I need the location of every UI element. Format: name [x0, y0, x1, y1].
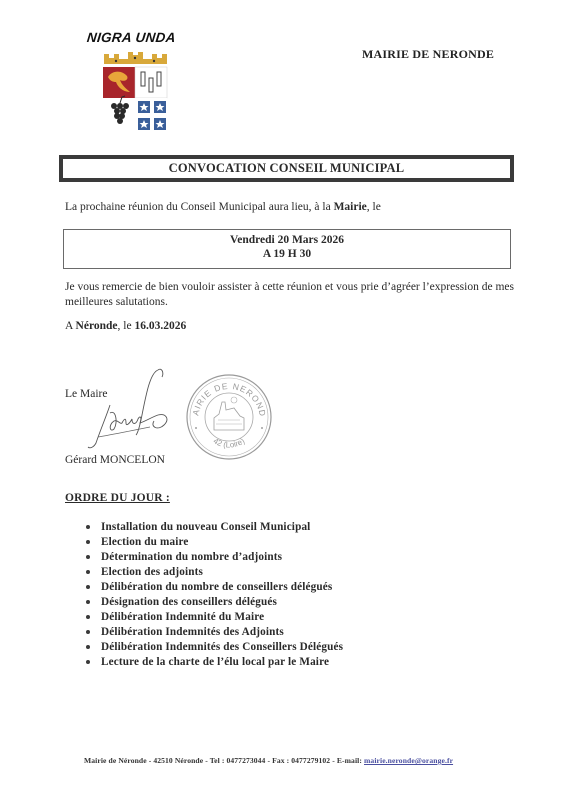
- bullet-icon: [86, 570, 90, 574]
- mayor-name: Gérard MONCELON: [65, 454, 165, 466]
- bullet-icon: [86, 645, 90, 649]
- agenda-item: Election du maire: [84, 535, 343, 550]
- agenda-item-text: Délibération du nombre de conseillers dé…: [101, 581, 332, 593]
- place-date: A Néronde, le 16.03.2026: [65, 320, 186, 332]
- bullet-icon: [86, 600, 90, 604]
- intro-place: Mairie: [334, 201, 367, 213]
- agenda-item-text: Délibération Indemnités des Adjoints: [101, 626, 284, 638]
- agenda-item: Délibération Indemnités des Adjoints: [84, 625, 343, 640]
- agenda-item-text: Désignation des conseillers délégués: [101, 596, 277, 608]
- meeting-date-box: Vendredi 20 Mars 2026 A 19 H 30: [63, 229, 511, 269]
- agenda-list: Installation du nouveau Conseil Municipa…: [84, 520, 343, 670]
- agenda-item: Installation du nouveau Conseil Municipa…: [84, 520, 343, 535]
- svg-text:42 (Loire): 42 (Loire): [212, 436, 247, 449]
- bullet-icon: [86, 615, 90, 619]
- agenda-item-text: Election du maire: [101, 536, 189, 548]
- place-middle: , le: [118, 320, 135, 332]
- footer-text: Mairie de Néronde - 42510 Néronde - Tel …: [84, 756, 364, 765]
- agenda-item: Délibération du nombre de conseillers dé…: [84, 580, 343, 595]
- agenda-item: Délibération Indemnités des Conseillers …: [84, 640, 343, 655]
- issue-date: 16.03.2026: [134, 320, 186, 332]
- agenda-item: Election des adjoints: [84, 565, 343, 580]
- town-motto: NIGRA UNDA: [86, 30, 188, 45]
- bullet-icon: [86, 660, 90, 664]
- town-header: MAIRIE DE NERONDE: [362, 47, 494, 62]
- bullet-icon: [86, 555, 90, 559]
- intro-text: La prochaine réunion du Conseil Municipa…: [65, 201, 381, 213]
- bullet-icon: [86, 630, 90, 634]
- agenda-item-text: Lecture de la charte de l’élu local par …: [101, 656, 329, 668]
- bullet-icon: [86, 540, 90, 544]
- agenda-item: Détermination du nombre d’adjoints: [84, 550, 343, 565]
- closing-text: Je vous remercie de bien vouloir assiste…: [65, 280, 515, 310]
- agenda-item-text: Délibération Indemnité du Maire: [101, 611, 264, 623]
- email-link[interactable]: mairie.neronde@orange.fr: [364, 756, 453, 765]
- agenda-title: ORDRE DU JOUR :: [65, 492, 170, 504]
- agenda-item: Lecture de la charte de l’élu local par …: [84, 655, 343, 670]
- bullet-icon: [86, 585, 90, 589]
- agenda-item-text: Installation du nouveau Conseil Municipa…: [101, 521, 310, 533]
- agenda-item-text: Election des adjoints: [101, 566, 203, 578]
- signature-icon: [80, 365, 180, 455]
- meeting-date: Vendredi 20 Mars 2026: [64, 233, 510, 247]
- agenda-item: Délibération Indemnité du Maire: [84, 610, 343, 625]
- place-prefix: A: [65, 320, 76, 332]
- meeting-time: A 19 H 30: [64, 247, 510, 261]
- place-town: Néronde: [76, 320, 118, 332]
- footer-contact: Mairie de Néronde - 42510 Néronde - Tel …: [84, 756, 453, 765]
- agenda-item: Désignation des conseillers délégués: [84, 595, 343, 610]
- intro-after: , le: [367, 201, 381, 213]
- bullet-icon: [86, 525, 90, 529]
- document-title: CONVOCATION CONSEIL MUNICIPAL: [169, 161, 405, 176]
- document-title-frame: CONVOCATION CONSEIL MUNICIPAL: [59, 155, 514, 182]
- coat-of-arms-icon: [100, 50, 170, 140]
- intro-before: La prochaine réunion du Conseil Municipa…: [65, 201, 334, 213]
- agenda-item-text: Délibération Indemnités des Conseillers …: [101, 641, 343, 653]
- town-stamp-icon: MAIRIE DE NERONDE 42 (Loire): [184, 372, 274, 462]
- agenda-item-text: Détermination du nombre d’adjoints: [101, 551, 282, 563]
